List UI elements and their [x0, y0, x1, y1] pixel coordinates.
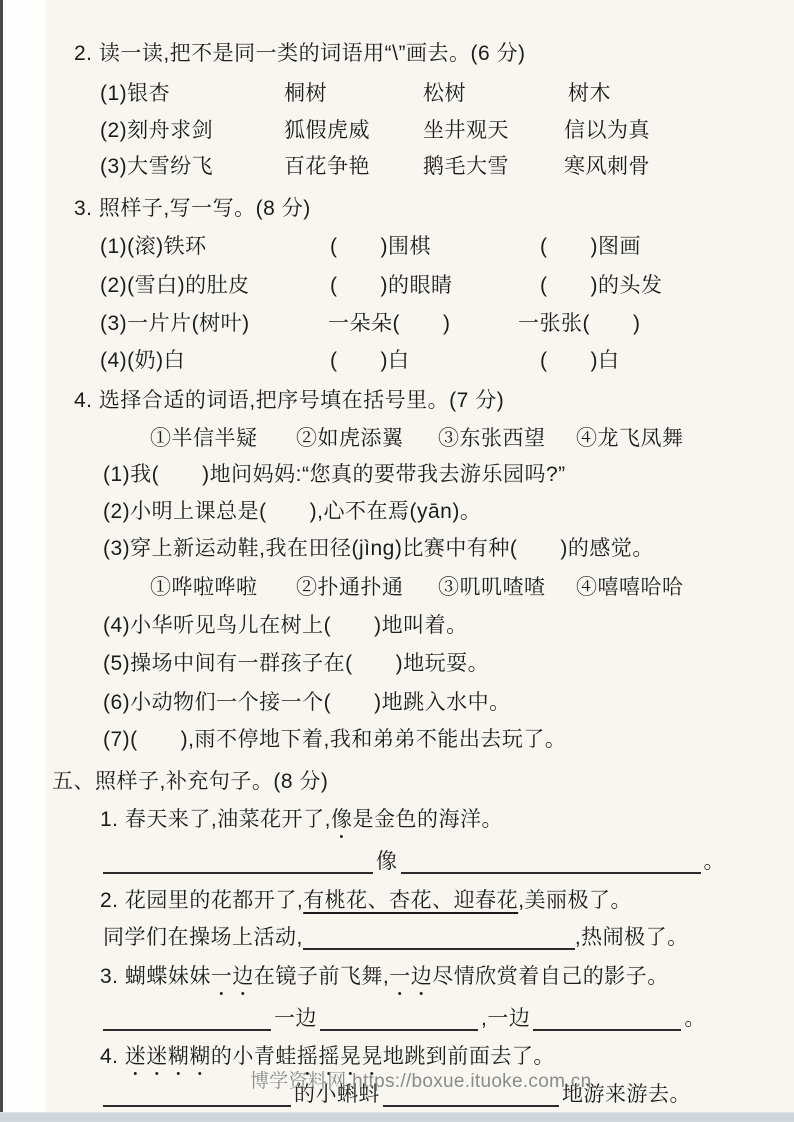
- emphasized-word: 迷迷糊糊: [125, 1045, 211, 1068]
- word-cell: (1)银杏: [100, 80, 170, 108]
- fill-connector: 像: [373, 850, 401, 873]
- answer-blank: [533, 1009, 681, 1031]
- fill-connector: 一边: [271, 1007, 320, 1030]
- q5-fill-line-3: 一边,一边。: [103, 1005, 794, 1033]
- q4-item-2: (2)小明上课总是( ),心不在焉(yān)。: [103, 498, 794, 526]
- choice-option: ③东张西望: [438, 425, 546, 453]
- word-cell: 信以为真: [564, 117, 650, 145]
- sentence-text: 4.: [100, 1045, 125, 1068]
- emphasized-word: 一边: [389, 965, 432, 988]
- sentence-text: 2. 花园里的花都开了,: [100, 889, 303, 912]
- word-cell: 百花争艳: [284, 153, 370, 181]
- q5-example-3: 3. 蝴蝶妹妹一边在镜子前飞舞,一边尽情欣赏着自己的影子。: [100, 963, 794, 1000]
- scan-left-margin: [0, 0, 46, 1122]
- underlined-phrase: 有桃花、杏花、迎春花: [303, 889, 518, 912]
- sentence-text: 地跳到前面去了。: [383, 1045, 555, 1068]
- fill-connector: 。: [681, 1007, 709, 1030]
- word-cell: (2)刻舟求剑: [100, 117, 213, 145]
- word-cell: 狐假虎威: [284, 117, 370, 145]
- answer-blank: [103, 852, 373, 874]
- q5-example-2: 2. 花园里的花都开了,有桃花、杏花、迎春花,美丽极了。: [100, 887, 794, 915]
- question-5-header: 五、照样子,补充句子。(8 分): [52, 768, 794, 796]
- question-3-header: 3. 照样子,写一写。(8 分): [74, 195, 794, 223]
- word-cell: 寒风刺骨: [564, 153, 650, 181]
- example-cell: (2)(雪白)的肚皮: [100, 272, 250, 300]
- question-2-header: 2. 读一读,把不是同一类的词语用“\”画去。(6 分): [74, 40, 794, 68]
- word-cell: 松树: [423, 80, 466, 108]
- emphasized-word: 像: [331, 808, 353, 831]
- sentence-text: 的小青蛙: [211, 1045, 297, 1068]
- blank-cell: ( )白: [540, 347, 620, 375]
- q5-fill-line-2: 同学们在操场上活动,,热闹极了。: [103, 924, 794, 952]
- q5-example-1: 1. 春天来了,油菜花开了,像是金色的海洋。: [100, 806, 794, 843]
- word-cell: (3)大雪纷飞: [100, 153, 213, 181]
- choice-option: ④龙飞凤舞: [576, 425, 684, 453]
- blank-cell: 一张张( ): [518, 310, 641, 338]
- word-cell: 树木: [568, 80, 611, 108]
- word-cell: 坐井观天: [423, 117, 509, 145]
- example-cell: (1)(滚)铁环: [100, 233, 207, 261]
- word-cell: 桐树: [284, 80, 327, 108]
- choice-option: ②如虎添翼: [296, 425, 404, 453]
- q4-item-3: (3)穿上新运动鞋,我在田径(jìng)比赛中有种( )的感觉。: [103, 535, 794, 563]
- example-cell: (4)(奶)白: [100, 347, 185, 375]
- q4-item-4: (4)小华听见鸟儿在树上( )地叫着。: [103, 612, 794, 640]
- blank-cell: 一朵朵( ): [328, 310, 451, 338]
- sentence-text: 尽情欣赏着自己的影子。: [432, 965, 669, 988]
- blank-cell: ( )围棋: [330, 233, 431, 261]
- answer-blank: [103, 1009, 271, 1031]
- sentence-text: 在镜子前飞舞,: [254, 965, 389, 988]
- question-4-header: 4. 选择合适的词语,把序号填在括号里。(7 分): [74, 387, 794, 415]
- sentence-text: 3. 蝴蝶妹妹: [100, 965, 211, 988]
- answer-blank: [303, 928, 575, 950]
- emphasized-word: 摇摇晃晃: [297, 1045, 383, 1068]
- q4-item-5: (5)操场中间有一群孩子在( )地玩耍。: [103, 650, 794, 678]
- scan-bottom-edge: [0, 1112, 794, 1122]
- sentence-text: 是金色的海洋。: [353, 808, 504, 831]
- q4-item-7: (7)( ),雨不停地下着,我和弟弟不能出去玩了。: [103, 726, 794, 754]
- word-cell: 鹅毛大雪: [423, 153, 509, 181]
- sentence-text: ,美丽极了。: [518, 889, 632, 912]
- blank-cell: ( )图画: [540, 233, 641, 261]
- blank-cell: ( )的头发: [540, 272, 663, 300]
- fill-connector: ,一边: [478, 1007, 533, 1030]
- q4-item-1: (1)我( )地问妈妈:“您真的要带我去游乐园吗?”: [103, 461, 794, 489]
- choice-option: ①半信半疑: [150, 425, 258, 453]
- choice-option: ①哗啦哗啦: [150, 574, 258, 602]
- fill-connector: ,热闹极了。: [575, 926, 689, 949]
- example-cell: (3)一片片(树叶): [100, 310, 250, 338]
- choice-option: ②扑通扑通: [296, 574, 404, 602]
- sentence-text: 1. 春天来了,油菜花开了,: [100, 808, 331, 831]
- emphasized-word: 一边: [211, 965, 254, 988]
- site-watermark: 博学资料网,https://boxue.ituoke.com.cn: [250, 1066, 591, 1093]
- q5-fill-line-1: 像。: [103, 848, 794, 876]
- answer-blank: [320, 1009, 478, 1031]
- answer-blank: [401, 852, 701, 874]
- blank-cell: ( )白: [330, 347, 410, 375]
- scanned-worksheet-page: 2. 读一读,把不是同一类的词语用“\”画去。(6 分) (1)银杏 桐树 松树…: [0, 0, 794, 1122]
- fill-connector: 同学们在操场上活动,: [103, 926, 303, 949]
- fill-connector: 。: [701, 850, 729, 873]
- choice-option: ③叽叽喳喳: [438, 574, 546, 602]
- blank-cell: ( )的眼睛: [330, 272, 453, 300]
- choice-option: ④嘻嘻哈哈: [576, 574, 684, 602]
- q4-item-6: (6)小动物们一个接一个( )地跳入水中。: [103, 689, 794, 717]
